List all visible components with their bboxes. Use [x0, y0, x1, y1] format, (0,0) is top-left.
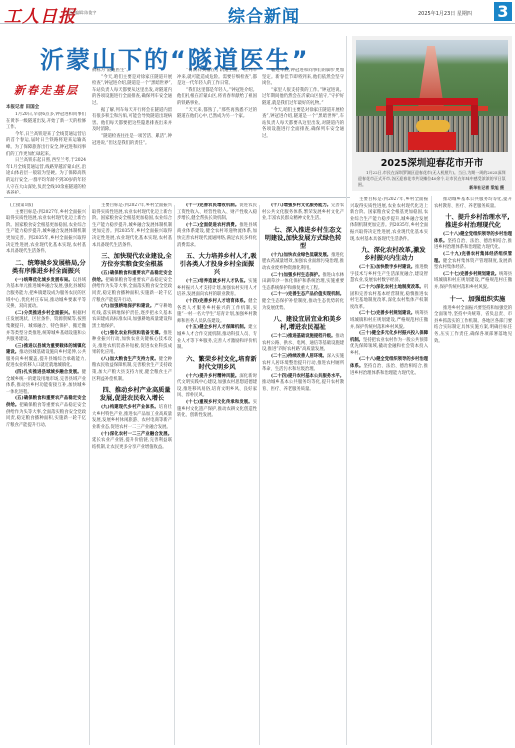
- paragraph-lead: (二十)加强乡村生态保护。: [271, 273, 322, 278]
- feature-paragraph: “天天来,都熟了。”那些再熟悉不过的隧道在他们心中,已然成为另一个家。: [177, 108, 257, 121]
- page-number-badge: 3: [494, 2, 512, 21]
- feature-paragraph: 据了解,列车每天开行将会在隧道内留有很多积尘和污垢,可能会导致隧道出现病害。他们…: [92, 108, 172, 134]
- paragraph-lead: (二十三)持续改善人居环境。: [271, 354, 327, 359]
- photo-credit: 新华社记者 梁旭 摄: [469, 185, 504, 191]
- section-heading: 四、推动乡村产业高质量发展,促进农民收入增长: [92, 387, 172, 403]
- document-paragraph: 推动城乡基本公共服务均等化,提升农村教育、医疗、养老服务质量。: [434, 197, 512, 210]
- document-column-3: (十一)完善农民增收机制。促进农民工资性收入、经营性收入、财产性收入稳步增长,健…: [177, 203, 257, 745]
- section-divider: [4, 197, 350, 198]
- paragraph-lead: (十七)重视乡村文化传承和发展。: [186, 400, 253, 405]
- feature-paragraph: “今天,咱们主要是对徐家庄隧道开展检查”,钟冠进介绍,隧道是一个“黑暗世界”,车…: [262, 108, 344, 141]
- feature-paragraph: 被称为“隧道医生”。: [92, 68, 172, 75]
- paragraph-lead: (二十七)完善乡村规划建设。: [443, 272, 499, 277]
- feature-column-1: 1月20日,早晨6点多,钟冠进和同事们在黄李一级隧道出发,开始了新一天的检修工作…: [6, 112, 86, 194]
- column-rule: [259, 205, 260, 745]
- paragraph-lead: (十三)培养造就乡村人才队伍。: [186, 279, 248, 284]
- paragraph-lead: (十)深化农村一二三产业融合发展。: [101, 432, 172, 437]
- photo-gate-pillar: [386, 105, 393, 135]
- feature-column-2: 被称为“隧道医生”。 “今天,咱们主要是对徐家庄隧道开展检查”,钟冠进介绍,隧道…: [92, 68, 172, 194]
- paragraph-lead: (二十五)加快数字乡村建设。: [359, 265, 415, 270]
- paragraph-lead: (八)加大粮食生产支持力度。: [101, 357, 159, 362]
- editor-credit: 责任编辑:陈俊宇: [67, 10, 96, 16]
- paragraph-lead: (二十七)完善乡村规划建设。: [359, 311, 415, 316]
- document-column-6: 推动城乡基本公共服务均等化,提升农村教育、医疗、养老服务质量。 十、提升乡村治理…: [434, 197, 512, 745]
- section-heading: 七、深入推进乡村生态文明建设,加快发展方式绿色转型: [262, 227, 344, 251]
- photo-decoration: [416, 120, 450, 132]
- photo-title: 2025深圳迎春花市开市: [352, 155, 512, 169]
- paragraph-lead: (十八)增强乡村文化服务能力。: [271, 203, 331, 208]
- paragraph-lead: (二十二)推进基础设施提档升级。: [271, 334, 335, 339]
- paragraph-lead: (十二)全面促进农村消费。: [186, 223, 239, 228]
- feature-paragraph: “今天,咱们主要是对徐家庄隧道开展检查”,钟冠进介绍,隧道是一个“黑暗世界”,车…: [92, 75, 172, 108]
- paragraph-lead: (一)统筹优化城乡发展布局。: [15, 278, 73, 283]
- flower-market-photo: [356, 40, 508, 152]
- feature-paragraph: 临近年底,钟冠进和同事们的脚步更加坚定。新春佳节即将到来,他们依然会坚守岗位。: [262, 68, 344, 88]
- paragraph-lead: (二十六)深化农村土地制度改革。: [359, 285, 424, 290]
- feature-paragraph: “我们这里都是年轻人。”钟冠进介绍。他们扎根在沂蒙山区,将青春奉献给了祖国的铁路…: [177, 88, 257, 108]
- feature-paragraph: 日兰高铁东起日照,西至兰考,于2024年1月全线贯通运营,线路穿越沂蒙山区,沿途…: [6, 158, 86, 194]
- feature-paragraph: 1月20日,早晨6点多,钟冠进和同事们在黄李一级隧道出发,开始了新一天的检修工作…: [6, 112, 86, 132]
- document-paragraph: 推动城乡基本公共服务均等化,提升农村教育、医疗、养老服务质量。: [262, 380, 344, 392]
- feature-paragraph: “有的石头落在了轨道上面,一旦列车冲来,就可能造成危险。需要仔细检查”,都是这一…: [177, 68, 257, 88]
- feature-paragraph: “隧道检查往往是一项苦活、累活”,钟冠进说,“但这是我们的责任”。: [92, 134, 172, 147]
- section-title: 综合新闻: [228, 2, 300, 27]
- feature-column-3: “有的石头落在了轨道上面,一旦列车冲来,就可能造成危险。需要仔细检查”,都是这一…: [177, 68, 257, 194]
- section-heading: 十一、加强组织实施: [434, 296, 512, 304]
- column-tag: 新春走基层: [14, 82, 79, 98]
- publication-date: 2025年1月23日 星期四: [418, 10, 472, 17]
- photo-gate-roof: [386, 98, 478, 105]
- continued-label: (上接第1版): [6, 203, 86, 210]
- paragraph-lead: (六)加强耕地保护和建设。: [101, 304, 154, 309]
- paragraph-lead: (七)强化农业科技和装备支撑。: [101, 331, 163, 336]
- column-rule: [431, 196, 432, 745]
- paragraph-lead: (四)扎实推进县域城乡融合发展。: [15, 370, 82, 375]
- document-column-5: 主要目标是:到2027年,乡村全面振兴取得实质性进展,农业农村现代化迈上新台阶。…: [350, 197, 428, 745]
- column-rule: [89, 205, 90, 745]
- feature-paragraph: 今年,日兰高铁迎来了全线贯通运营后的首个春运,届时日兰铁路将迎来运输高峰。为了保…: [6, 132, 86, 158]
- document-column-1: (上接第1版) 主要目标是:到2027年,乡村全面振兴取得实质性进展,农业农村现…: [6, 203, 86, 745]
- photo-red-carpet: [408, 132, 456, 150]
- paragraph-lead: (二十一)完善生态产品价值实现机制。: [271, 292, 344, 297]
- paragraph-lead: (十六)提升乡村精神风貌。: [186, 374, 239, 379]
- photo-gate-pillar: [471, 105, 478, 135]
- paragraph-lead: (九)构建现代乡村产业体系。: [101, 405, 159, 410]
- paragraph-lead: (十四)完善乡村人才培育体系。: [186, 299, 248, 304]
- section-heading: 六、繁荣乡村文化,培育新时代文明乡风: [177, 356, 257, 372]
- section-heading: 九、深化农村改革,激发乡村振兴内生动力: [350, 247, 428, 263]
- byline: 本报记者 田国全: [6, 104, 39, 110]
- section-heading: 八、建设宜居宜业和美乡村,增进农民福祉: [262, 316, 344, 332]
- document-paragraph: 健全农村集体资产管理制度,发展新型农村集体经济。: [434, 259, 512, 271]
- document-column-4: (十八)增强乡村文化服务能力。完善农村公共文化服务体系,繁荣发展乡村文化产业,丰…: [262, 203, 344, 745]
- document-paragraph: 主要目标是:到2027年,乡村全面振兴取得实质性进展,农业农村现代化迈上新台阶。…: [6, 210, 86, 256]
- document-column-2: 主要目标是:到2027年,乡村全面振兴取得实质性进展,农业农村现代化迈上新台阶。…: [92, 203, 172, 745]
- feature-paragraph: “家里人很支持我的工作。”钟冠进说。过年期间他仍然会在沂蒙山区值守,“守护好隧道…: [262, 88, 344, 108]
- newspaper-logo: 工人日报: [4, 2, 76, 27]
- section-heading: 五、大力培养乡村人才,吸引各类人才投身乡村全面振兴: [177, 253, 257, 277]
- section-heading: 三、加快现代农业建设,全方位夯实粮食安全根基: [92, 253, 172, 269]
- paragraph-lead: (二十四)提升农村基本公共服务水平。: [271, 374, 344, 379]
- photo-news-box: 2025深圳迎春花市开市 1月22日,市民在深圳罗湖区迎春花市(无人机照片)。当…: [352, 36, 512, 191]
- paragraph-lead: (十一)完善农民增收机制。: [186, 203, 239, 208]
- section-heading: 十、提升乡村治理水平,推进乡村治理现代化: [434, 214, 512, 230]
- document-paragraph: 主要目标是:到2027年,乡村全面振兴取得实质性进展,农业农村现代化迈上新台阶。…: [350, 197, 428, 243]
- paragraph-lead: (二)分类推进乡村全面振兴。: [15, 311, 73, 316]
- document-paragraph: 延长农业产业链,提升价值链,完善利益联结机制,让农民更多分享产业增值收益。: [92, 438, 172, 450]
- document-paragraph: 主要目标是:到2027年,乡村全面振兴取得实质性进展,农业农村现代化迈上新台阶。…: [92, 203, 172, 249]
- masthead: 工人日报 责任编辑:陈俊宇 综合新闻 2025年1月23日 星期四 3: [0, 0, 515, 24]
- paragraph-lead: (十九)加快农业绿色低碳发展。: [271, 253, 331, 258]
- document-paragraph: 健全生态保护补偿制度,推动生态优势转化为发展优势。: [262, 299, 344, 311]
- section-heading: 二、统筹城乡发展格局,分类有序推进乡村全面振兴: [6, 260, 86, 276]
- feature-column-4: 临近年底,钟冠进和同事们的脚步更加坚定。新春佳节即将到来,他们依然会坚守岗位。 …: [262, 68, 344, 194]
- column-rule: [174, 205, 175, 745]
- document-paragraph: 推进乡村全面振兴要坚持和加强党的全面领导,坚持中央统筹、省负总责、市县乡抓落实的…: [434, 306, 512, 346]
- column-rule: [346, 36, 347, 745]
- paragraph-lead: (十五)健全乡村人才保障机制。: [186, 325, 248, 330]
